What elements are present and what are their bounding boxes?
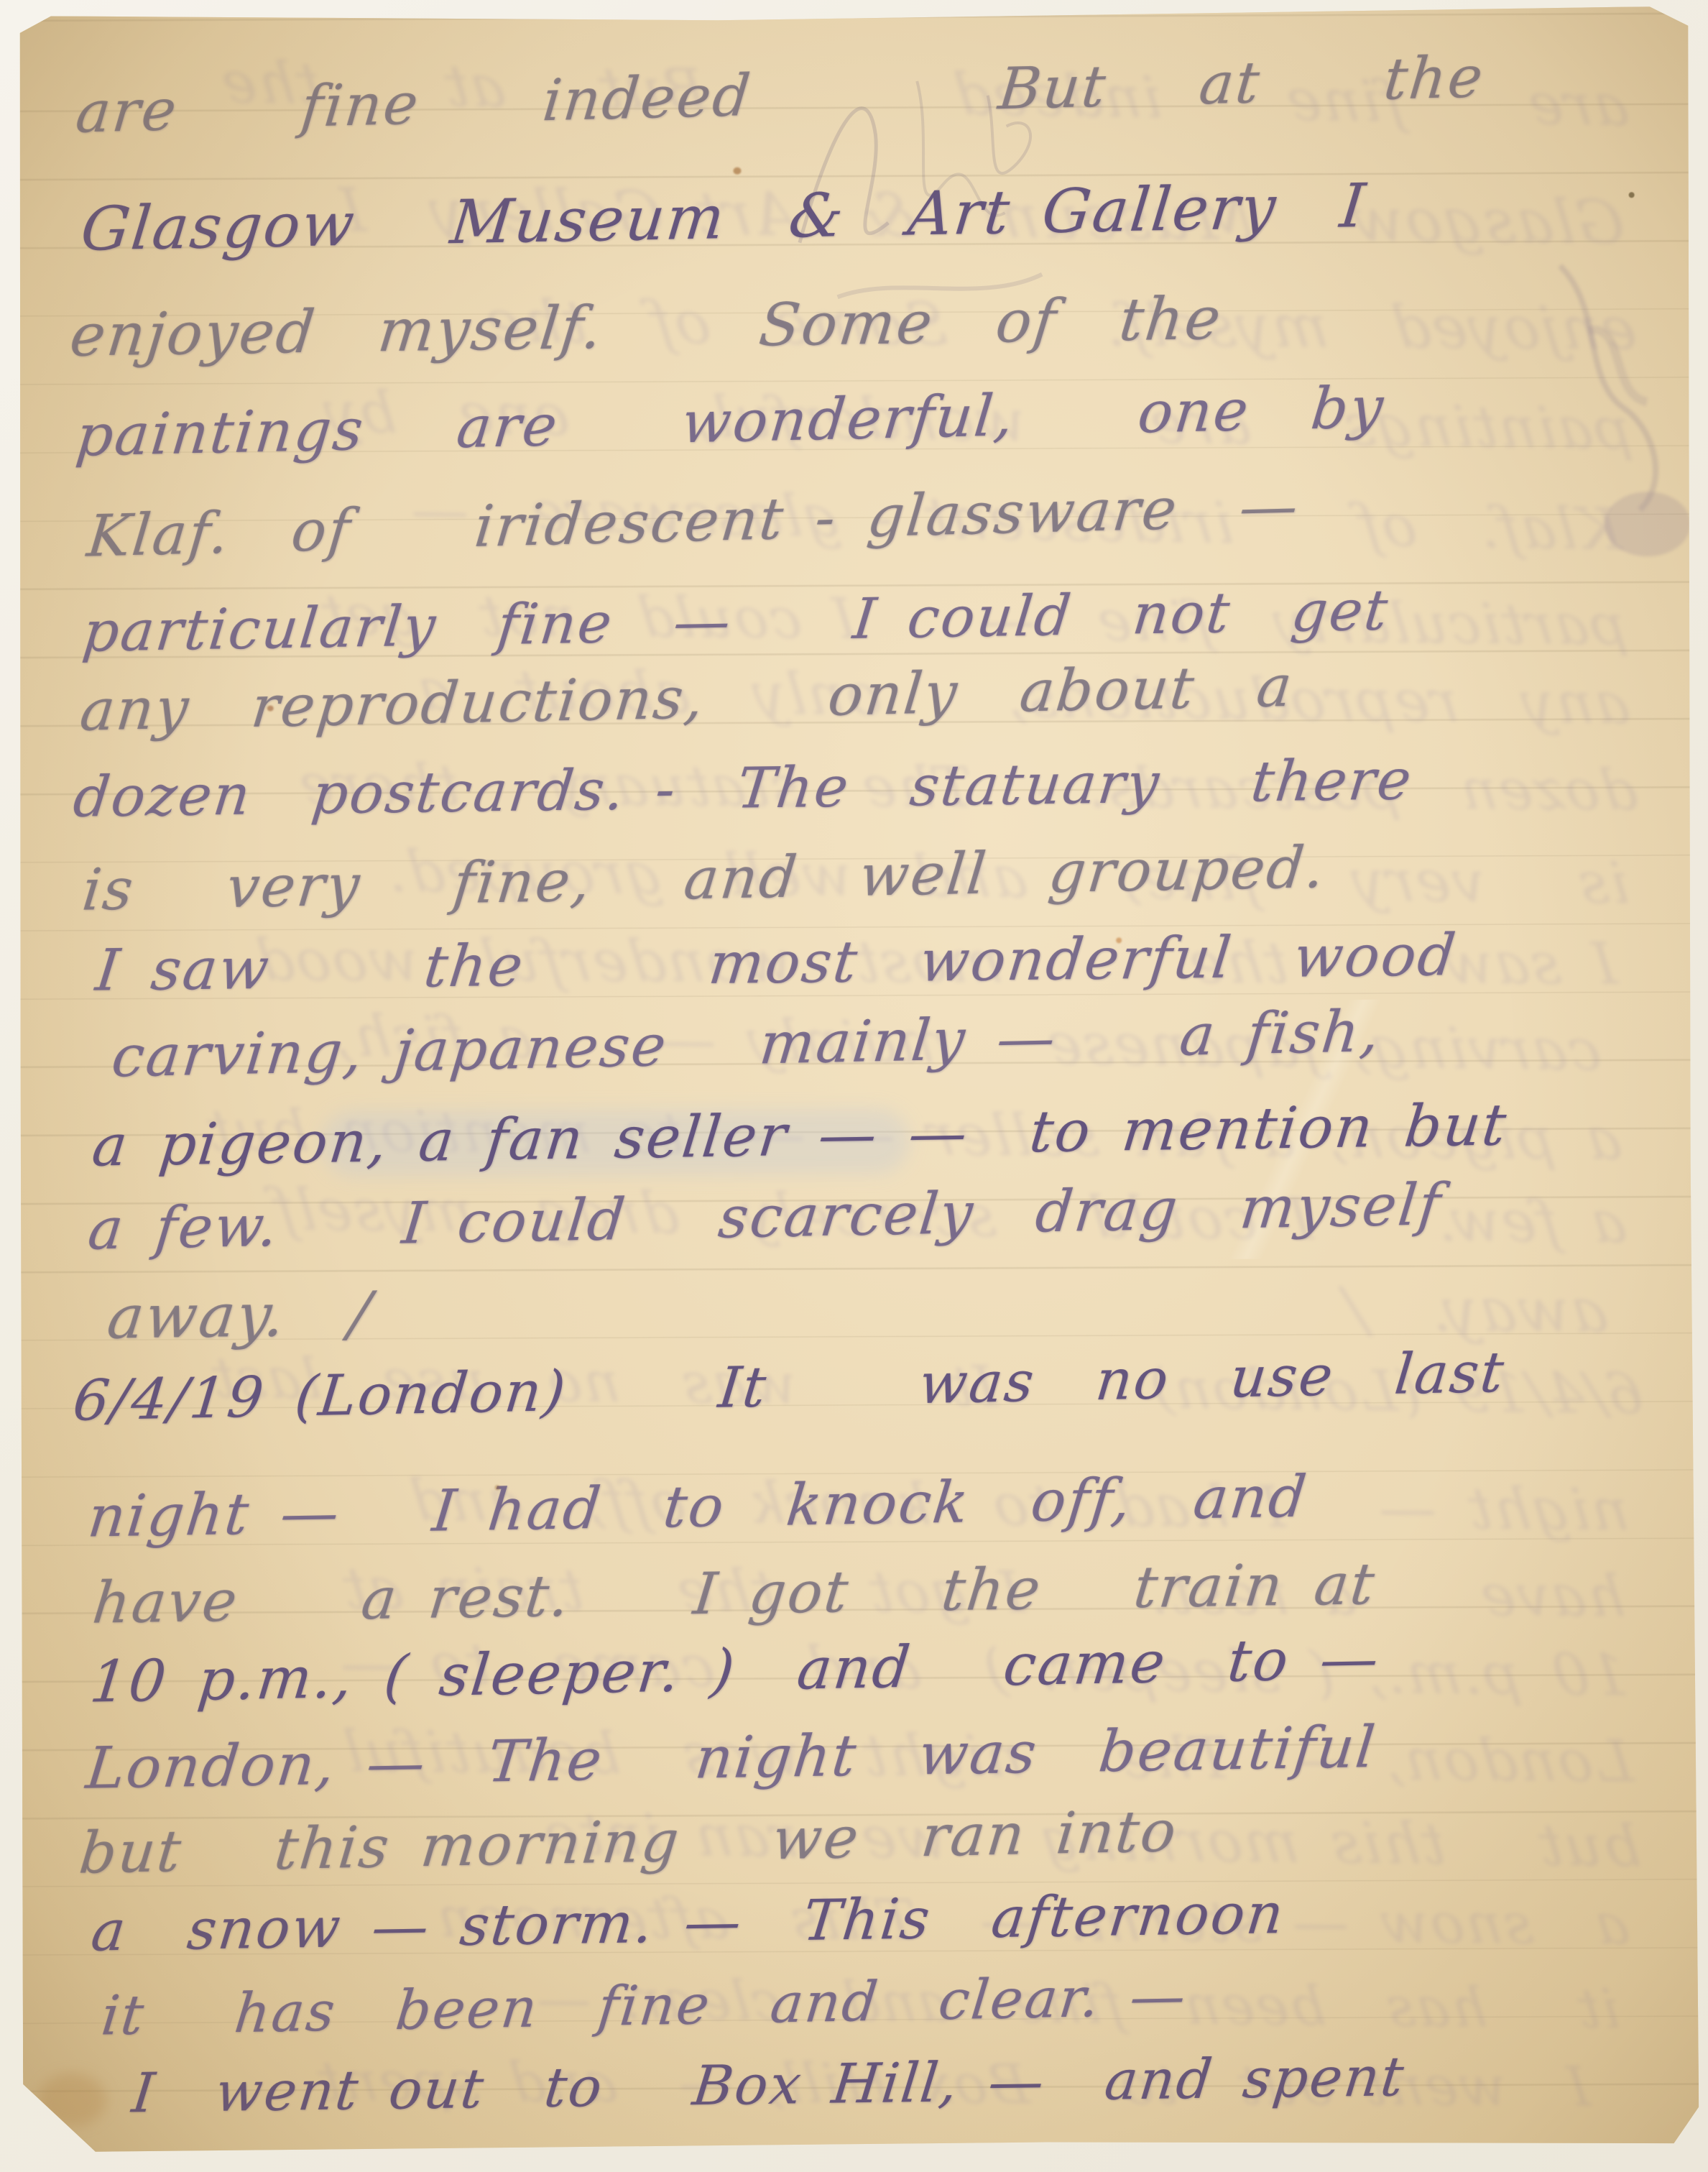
handwritten-line: Klaf. of iridescent - glassware — (85, 477, 1302, 566)
handwritten-line: Glasgow Museum & Art Gallery I (78, 175, 1370, 259)
scanned-letter-page: { "page": { "background_color": "#f1ede2… (0, 0, 1708, 2172)
handwritten-line: paintings are wonderful, one by (73, 379, 1387, 465)
handwritten-line: a few. I could scarcely drag myself (86, 1176, 1445, 1258)
handwriting-layer: are fine indeed But at theGlasgow Museum… (14, 6, 1699, 2153)
handwritten-line: have a rest. I got the train at (90, 1555, 1378, 1632)
handwritten-line: 6/4/19 (London) It was no use last (70, 1345, 1508, 1430)
handwritten-line: enjoyed myself. Some of the (68, 290, 1225, 366)
handwritten-line: it has been fine and clear. — (99, 1969, 1190, 2043)
letter-paper: are fine indeed But at theGlasgow Museum… (14, 6, 1699, 2153)
handwritten-line: night — I had to knock off, and (86, 1468, 1311, 1546)
handwritten-line: are fine indeed But at the (73, 48, 1487, 142)
handwritten-line: 10 p.m., ( sleeper. ) and came to — (88, 1630, 1383, 1711)
handwritten-line: London, — The night was beautiful (83, 1718, 1379, 1798)
handwritten-line: is very fine, and well grouped. (80, 839, 1329, 919)
handwritten-line: away. / (105, 1284, 375, 1348)
handwritten-line: a snow — storm. — This afternoon (88, 1886, 1288, 1960)
handwritten-line: carving, japanese mainly — a fish, (109, 1003, 1384, 1085)
handwritten-line: particularly fine — I could not get (80, 583, 1392, 661)
handwritten-line: I went out to Box Hill, — and spent (129, 2049, 1408, 2120)
handwritten-line: I saw the most wonderful wood (93, 926, 1460, 1000)
handwritten-line: but this morning we ran into (77, 1803, 1181, 1882)
handwritten-line: a pigeon, a fan seller — — to mention bu… (90, 1096, 1510, 1174)
handwritten-line: dozen postcards. - The statuary there (70, 752, 1415, 825)
handwritten-line: any reproductions, only about a (78, 658, 1296, 740)
